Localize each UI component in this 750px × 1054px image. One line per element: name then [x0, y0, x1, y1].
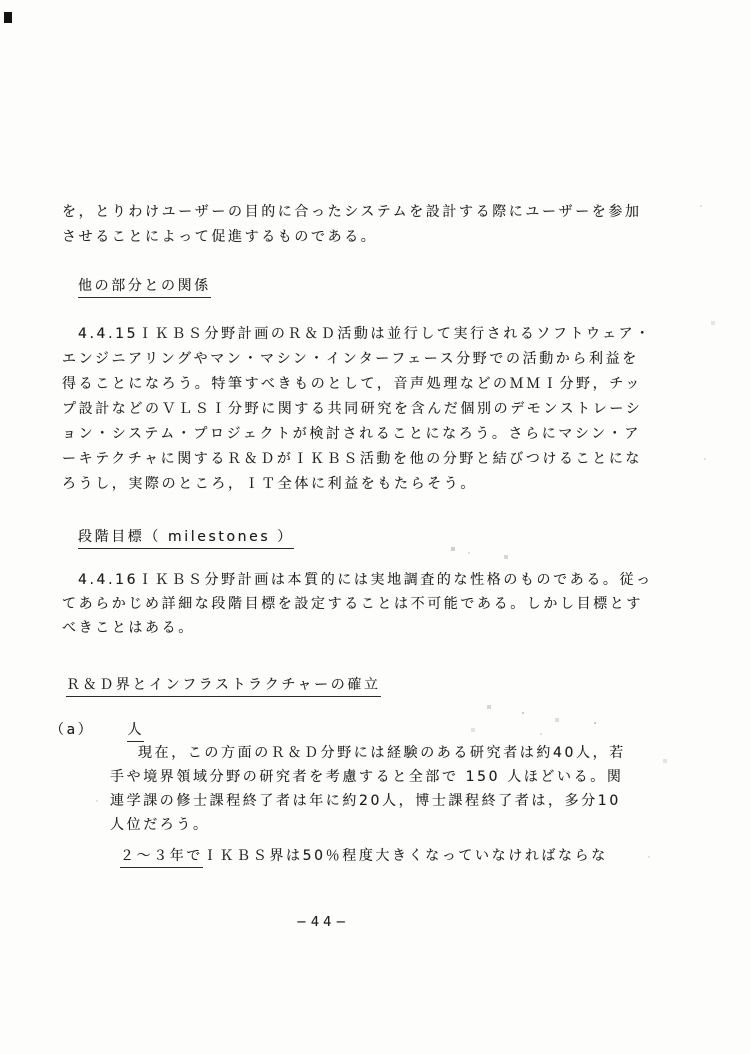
paragraph-line: 連学課の修士課程終了者は年に約20人，博士課程終了者は，多分10	[110, 789, 626, 813]
paragraph-line: 現在，この方面のＲ＆Ｄ分野には経験のある研究者は約40人，若	[110, 741, 626, 765]
final-underlined-text: ２～３年で	[120, 848, 203, 868]
paragraph-line: てあらかじめ詳細な段階目標を設定することは不可能である。しかし目標とす	[62, 592, 653, 616]
paragraph-line: 人位だろう。	[110, 813, 626, 837]
document-page: を，とりわけユーザーの目的に合ったシステムを設計する際にユーザーを参加 させるこ…	[0, 0, 750, 1054]
paragraph-line: プ設計などのＶＬＳＩ分野に関する共同研究を含んだ個別のデモンストレーシ	[62, 397, 652, 422]
heading-rd-infrastructure: Ｒ＆Ｄ界とインフラストラクチャーの確立	[66, 674, 381, 694]
scan-artifact-corner-mark	[4, 12, 12, 23]
paragraph-4-4-16: 4.4.16ＩＫＢＳ分野計画は本質的には実地調査的な性格のものである。従っ てあ…	[62, 568, 653, 640]
paragraph-a-people: 現在，この方面のＲ＆Ｄ分野には経験のある研究者は約40人，若 手や境界領域分野の…	[110, 741, 626, 837]
paragraph-line: エンジニアリングやマン・マシン・インターフェース分野での活動から利益を	[62, 347, 652, 372]
paragraph-line: ろうし，実際のところ，ＩＴ全体に利益をもたらそう。	[62, 472, 652, 497]
final-rest-text: ＩＫＢＳ界は50％程度大きくなっていなければならな	[203, 848, 608, 864]
paragraph-line: 4.4.16ＩＫＢＳ分野計画は本質的には実地調査的な性格のものである。従っ	[62, 568, 653, 592]
heading-underline-text: Ｒ＆Ｄ界とインフラストラクチャーの確立	[66, 677, 381, 697]
opening-paragraph: を，とりわけユーザーの目的に合ったシステムを設計する際にユーザーを参加 させるこ…	[62, 200, 642, 250]
item-a-title: 人	[127, 722, 144, 742]
heading-other-parts-relation: 他の部分との関係	[78, 275, 211, 295]
heading-underline-text: 段階目標（ milestones ）	[78, 529, 294, 549]
paragraph-line: ョン・システム・プロジェクトが検討されることになろう。さらにマシン・ア	[62, 422, 652, 447]
paragraph-4-4-15: 4.4.15ＩＫＢＳ分野計画のＲ＆Ｄ活動は並行して実行されるソフトウェア・ エン…	[62, 322, 652, 497]
paragraph-line: 4.4.15ＩＫＢＳ分野計画のＲ＆Ｄ活動は並行して実行されるソフトウェア・	[62, 322, 652, 347]
item-a-label: （a）	[50, 722, 94, 738]
paragraph-line: 手や境界領域分野の研究者を考慮すると全部で 150 人ほどいる。関	[110, 765, 626, 789]
final-sentence-line: ２～３年でＩＫＢＳ界は50％程度大きくなっていなければならな	[120, 844, 608, 869]
scan-noise	[0, 0, 2, 2]
page-number: −44−	[296, 915, 350, 930]
paragraph-line: ーキテクチャに関するＲ＆ＤがＩＫＢＳ活動を他の分野と結びつけることにな	[62, 447, 652, 472]
paragraph-line: を，とりわけユーザーの目的に合ったシステムを設計する際にユーザーを参加	[62, 200, 642, 225]
paragraph-line: 得ることになろう。特筆すべきものとして，音声処理などのＭＭＩ分野，チッ	[62, 372, 652, 397]
item-a-row: （a） 人	[50, 719, 144, 739]
paragraph-line: べきことはある。	[62, 616, 653, 640]
heading-underline-text: 他の部分との関係	[78, 278, 211, 298]
heading-milestones: 段階目標（ milestones ）	[78, 526, 294, 546]
paragraph-line: させることによって促進するものである。	[62, 225, 642, 250]
